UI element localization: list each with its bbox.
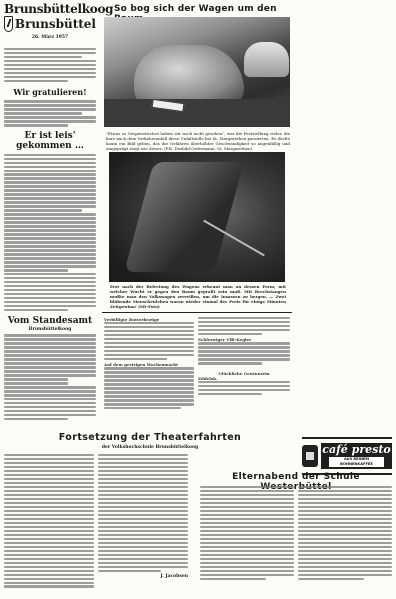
coffee-can-icon (302, 445, 318, 467)
section-text-gratulieren (4, 100, 96, 126)
photo-caption-1: "Etwas so Gespenstisches haben wir noch … (106, 131, 290, 151)
cafe-presto-ad: café presto AUS REINEM BOHNENKAFFEE (302, 437, 392, 475)
theater-author: J. Jacobsen (98, 574, 188, 579)
masthead-line2: Brunsbüttel (15, 17, 96, 31)
divider (102, 312, 292, 313)
wrecked-car-photo (109, 152, 285, 282)
section-subheading-standesamt: Brunsbüttelkoog (4, 327, 96, 332)
intro-text (4, 48, 96, 82)
section-heading-fruehling: Er ist leis' gekommen … (4, 131, 96, 151)
car-crash-photo (104, 17, 290, 127)
issue-date: 26. März 1957 (4, 35, 96, 40)
section-text-standesamt (4, 334, 96, 420)
school-column-1 (200, 486, 294, 580)
section-text-fruehling (4, 154, 96, 312)
photo-caption-2: Erst nach der Befreiung des Wagens erken… (110, 284, 286, 309)
theater-headline: Fortsetzung der Theaterfahrten (30, 432, 270, 443)
masthead-line1: Brunsbüttelkoog (4, 2, 96, 16)
section-heading-gratulieren: Wir gratulieren! (4, 87, 96, 97)
news-column-right: Schleswiger VfB-Kegler Glückliche Gewinn… (198, 317, 290, 395)
coat-of-arms-icon (4, 16, 13, 32)
photo-credit-1: (P.R. Dezbild-Ordermann, St. Margarethen… (164, 146, 252, 151)
masthead: Brunsbüttelkoog Brunsbüttel 26. März 195… (4, 2, 96, 40)
ad-tagline: AUS REINEM BOHNENKAFFEE (329, 457, 384, 467)
left-column: Wir gratulieren! Er ist leis' gekommen …… (4, 48, 96, 420)
theater-column-2: J. Jacobsen (98, 454, 188, 579)
ad-brand: café presto (321, 443, 392, 457)
photo-credit-2: (SD-Foto) (138, 304, 160, 309)
section-heading-standesamt: Vom Standesamt (4, 316, 96, 326)
theater-subheadline: der Volkshochschule Brunsbüttelkoog (30, 445, 270, 450)
theater-column-1 (4, 454, 94, 588)
newspaper-page: Brunsbüttelkoog Brunsbüttel 26. März 195… (0, 0, 396, 599)
masthead-line2-row: Brunsbüttel (4, 16, 96, 32)
school-column-2 (298, 486, 392, 580)
news-column-middle: Verbilligte Butterbezüge Auf dem gestrig… (104, 317, 194, 409)
